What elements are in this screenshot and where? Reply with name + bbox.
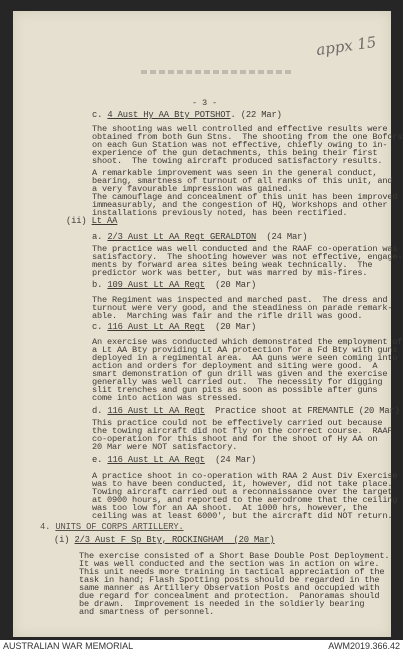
accession-number: AWM2019.366.42: [328, 641, 400, 651]
section-heading-corps-artillery: 4. UNITS OF CORPS ARTILLERY.: [40, 523, 184, 531]
unit-name: 4 Aust Hy AA Bty POTSHOT: [107, 110, 230, 120]
page-number: - 3 -: [192, 99, 217, 107]
subsection-heading-c: c. 116 Aust Lt AA Regt (20 Mar): [92, 323, 256, 331]
subsection-heading-b: b. 109 Aust Lt AA Regt (20 Mar): [92, 281, 256, 289]
section-heading-lt-aa: (ii) Lt AA: [66, 217, 117, 225]
institution-label: AUSTRALIAN WAR MEMORIAL: [3, 641, 133, 651]
subsection-heading-d: d. 116 Aust Lt AA Regt Practice shoot at…: [92, 407, 400, 415]
subsection-heading-a: a. 2/3 Aust Lt AA Regt GERALDTON (24 Mar…: [92, 233, 307, 241]
handwritten-annotation: appx 15: [315, 33, 377, 59]
document-page: appx 15 - 3 - c. 4 Aust Hy AA Bty POTSHO…: [13, 11, 391, 637]
section-heading-c-heavy: c. 4 Aust Hy AA Bty POTSHOT. (22 Mar): [92, 111, 282, 119]
subsection-heading-corps-i: (i) 2/3 Aust F Sp Bty, ROCKINGHAM (20 Ma…: [54, 536, 275, 544]
subsection-heading-e: e. 116 Aust Lt AA Regt (24 Mar): [92, 456, 256, 464]
faded-heading: [141, 70, 291, 74]
footer-bar: AUSTRALIAN WAR MEMORIAL AWM2019.366.42: [0, 640, 403, 653]
